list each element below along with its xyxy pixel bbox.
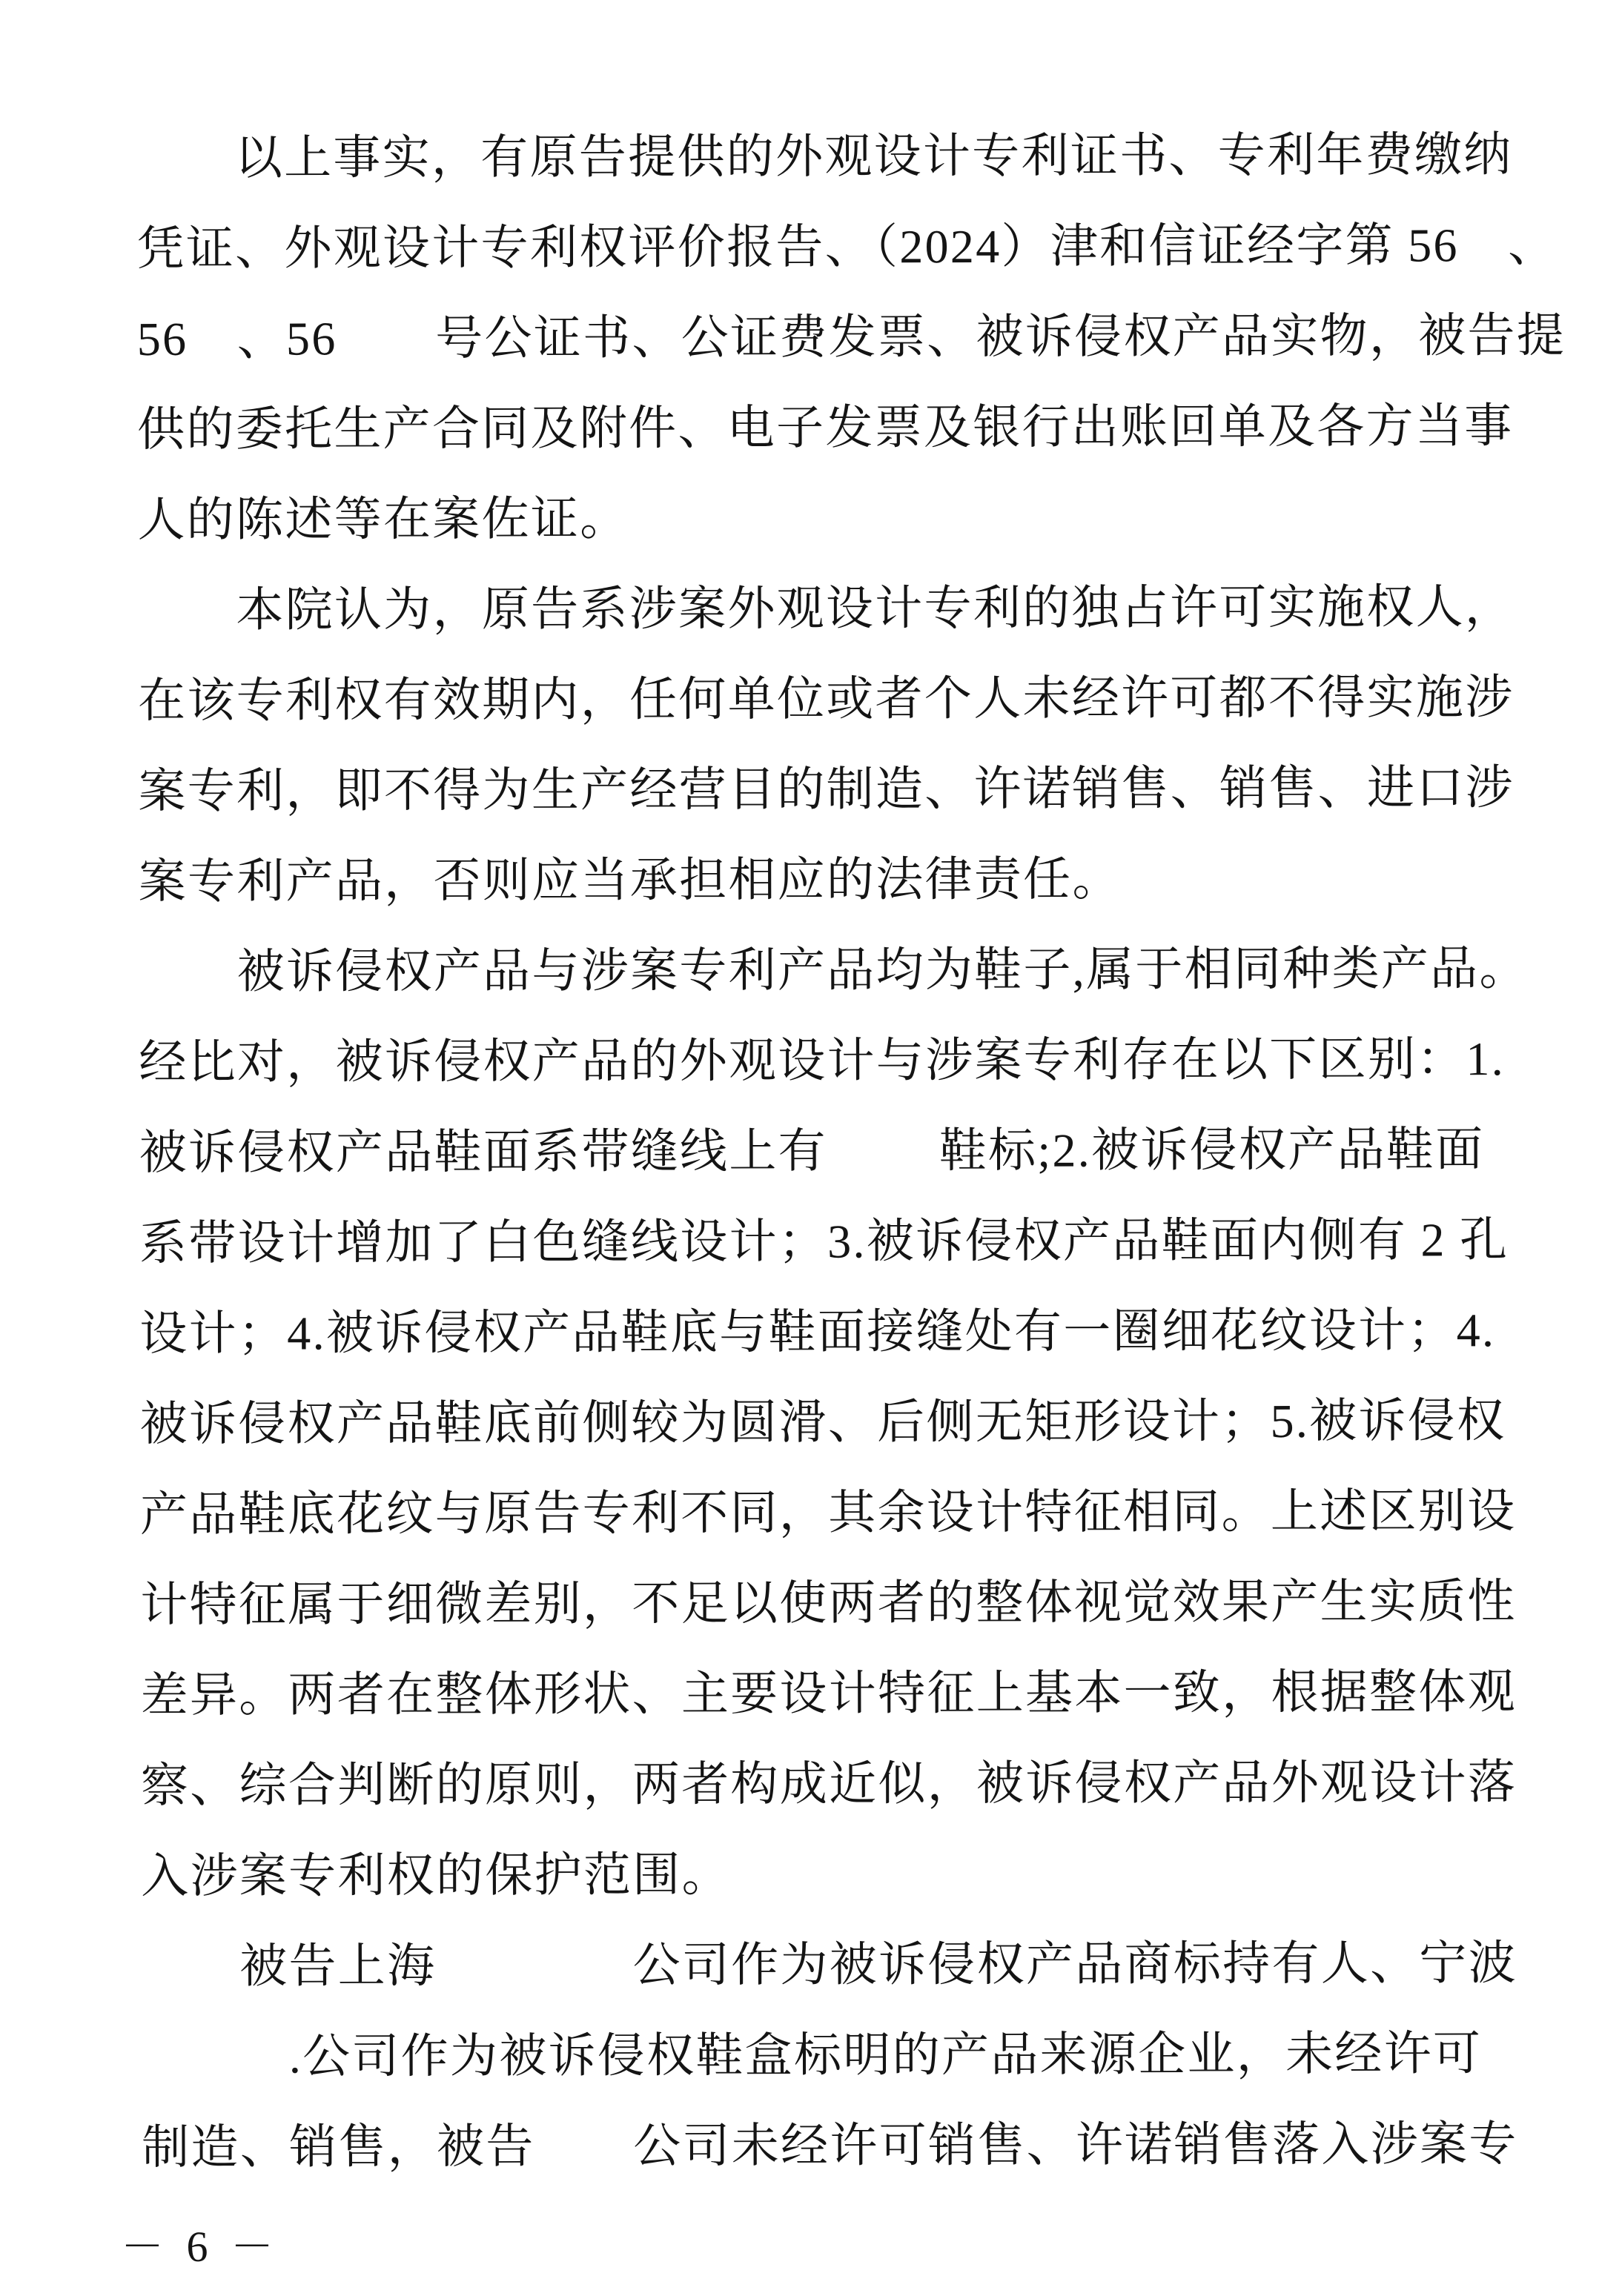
page-number: － 6 － [121,2223,279,2271]
text-line: 经比对，被诉侵权产品的外观设计与涉案专利存在以下区别：1. [139,1014,1532,1108]
text-line: 产品鞋底花纹与原告专利不同，其余设计特征相同。上述区别设 [140,1466,1534,1560]
text-line: 入涉案专利权的保护范围。 [141,1828,1535,1922]
text-line: 被告上海 公司作为被诉侵权产品商标持有人、宁波 [141,1918,1535,2012]
text-line: 被诉侵权产品鞋面系带缝线上有 鞋标;2.被诉侵权产品鞋面 [139,1104,1533,1198]
text-line: .公司作为被诉侵权鞋盒标明的产品来源企业，未经许可 [142,2008,1535,2103]
text-line: 被诉侵权产品与涉案专利产品均为鞋子,属于相同种类产品。 [139,923,1532,1018]
text-line: 供的委托生产合同及附件、电子发票及银行出账回单及各方当事 [137,381,1531,475]
text-line: 人的陈述等在案佐证。 [137,471,1531,565]
judgment-text: 以上事实，有原告提供的外观设计专利证书、专利年费缴纳 凭证、外观设计专利权评价报… [136,110,1535,2193]
text-line: 56 、56 号公证书、公证费发票、被诉侵权产品实物，被告提 [137,291,1531,385]
text-line: 察、综合判断的原则，两者构成近似，被诉侵权产品外观设计落 [141,1737,1535,1831]
text-line: 系带设计增加了白色缝线设计；3.被诉侵权产品鞋面内侧有 2 孔 [139,1195,1533,1289]
text-line: 本院认为，原告系涉案外观设计专利的独占许可实施权人， [138,562,1532,656]
text-line: 设计；4.被诉侵权产品鞋底与鞋面接缝处有一圈细花纹设计；4. [139,1285,1533,1379]
text-line: 计特征属于细微差别，不足以使两者的整体视觉效果产生实质性 [140,1556,1534,1650]
text-line: 被诉侵权产品鞋底前侧较为圆滑、后侧无矩形设计；5.被诉侵权 [139,1376,1533,1470]
text-line: 制造、销售，被告 公司未经许可销售、许诺销售落入涉案专 [142,2099,1535,2193]
text-line: 凭证、外观设计专利权评价报告、（2024）津和信证经字第 56 、 [136,200,1530,294]
text-line: 差异。两者在整体形状、主要设计特征上基本一致，根据整体观 [140,1647,1534,1741]
text-line: 在该专利权有效期内，任何单位或者个人未经许可都不得实施涉 [138,652,1532,746]
text-line: 以上事实，有原告提供的外观设计专利证书、专利年费缴纳 [136,110,1530,204]
document-page: 以上事实，有原告提供的外观设计专利证书、专利年费缴纳 凭证、外观设计专利权评价报… [0,0,1622,2296]
text-line: 案专利产品，否则应当承担相应的法律责任。 [139,833,1532,927]
text-line: 案专利，即不得为生产经营目的制造、许诺销售、销售、进口涉 [138,743,1532,837]
